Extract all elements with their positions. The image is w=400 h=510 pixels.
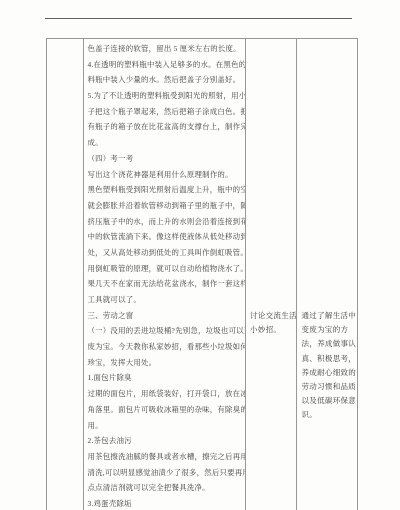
text-line: 变废为宝的方 [302, 323, 357, 337]
text-line: 果几天不在家而无法给花盆浇水，制作一套这样的 [88, 276, 245, 292]
text-line: 3.鸡蛋壳除垢 [88, 496, 245, 510]
text-line: 角落里。面包片可吸收冰箱里的杂味，有除臭的作 [88, 402, 245, 418]
text-line: 中的软管流淌下来。像这样使液体从低处移动到高 [88, 229, 245, 245]
text-line: 有瓶子的箱子放在比花盆高的支撑台上，制作完 [88, 119, 245, 135]
text-line: 真、积极思考， [302, 352, 357, 366]
teaching-process-column: 色盖子连接的软管，留出 5 厘米左右的长度。4.在透明的塑料瓶中装入足够多的水。… [84, 39, 246, 510]
text-line: 用倒虹吸管的原理，就可以自动给植物浇水了。如 [88, 261, 245, 277]
stage-column [47, 39, 84, 510]
text-line: 养成耐心细致的 [302, 366, 357, 380]
text-line: 清洗,可以明显感觉油渍少了很多，然后只要再用一 [88, 465, 245, 481]
document-page: 色盖子连接的软管，留出 5 厘米左右的长度。4.在透明的塑料瓶中装入足够多的水。… [0, 0, 400, 510]
text-line: 珍宝，发挥大用处。 [88, 355, 245, 371]
text-line: 挤压瓶子中的水，而上升的水则会沿着连接到花盆 [88, 214, 245, 230]
text-line: 点点清洁剂就可以完全把餐具洗净。 [88, 480, 245, 496]
text-line: 以及低碳环保意 [302, 394, 357, 408]
text-line: 识。 [302, 408, 357, 422]
text-line: （一）没用的丢进垃圾桶?先别急，垃圾也可以变 [88, 323, 245, 339]
text-line: 5.为了不让透明的塑料瓶受到阳光的照射，用小箱 [88, 88, 245, 104]
text-line: 劳动习惯和品质 [302, 380, 357, 394]
text-line: 4.在透明的塑料瓶中装入足够多的水。在黑色的塑 [88, 57, 245, 73]
text-line: 处，又从高处移动到低处的工具叫作倒虹吸管。利 [88, 245, 245, 261]
header-rule [45, 18, 352, 19]
text-line: 通过了解生活中 [302, 309, 357, 323]
text-line: 写出这个浇花神器是利用什么原理制作的。 [88, 167, 245, 183]
text-line: 用茶包擦洗油腻的餐具或者水槽，擦完之后再用水 [88, 449, 245, 465]
text-line: 用。 [88, 418, 245, 434]
text-line: （四）考一考 [88, 151, 245, 167]
text-line: 工具就可以了。 [88, 292, 245, 308]
text-line: 1.面包片除臭 [88, 370, 245, 386]
text-line: 法，养成做事认 [302, 337, 357, 351]
text-line: 过期的面包片，用纸袋装好，打开袋口，放在冰箱 [88, 386, 245, 402]
text-line: 成。 [88, 135, 245, 151]
text-line: 2.茶包去油污 [88, 433, 245, 449]
lesson-plan-table: 色盖子连接的软管，留出 5 厘米左右的长度。4.在透明的塑料瓶中装入足够多的水。… [46, 38, 358, 510]
text-line: 小妙招。 [250, 323, 295, 337]
text-line: 黑色塑料瓶受到阳光照射后温度上升，瓶中的空气 [88, 182, 245, 198]
text-line: 子把这个瓶子罩起来，然后把箱子涂成白色。把装 [88, 104, 245, 120]
text-line: 废为宝。今天教你私家妙招，看那些小垃圾如何变 [88, 339, 245, 355]
text-line: 三、劳动之窗 [88, 308, 245, 324]
text-line: 料瓶中装入少量的水。然后把盖子分别盖好。 [88, 72, 245, 88]
design-intent-column: 通过了解生活中变废为宝的方法，养成做事认真、积极思考，养成耐心细致的劳动习惯和品… [297, 39, 357, 510]
student-activity-column: 讨论交流生活小妙招。 [246, 39, 297, 510]
text-line: 色盖子连接的软管，留出 5 厘米左右的长度。 [88, 41, 245, 57]
text-line: 讨论交流生活 [250, 309, 295, 323]
text-line: 就会膨胀并沿着软管移动到箱子里的瓶子中，随之 [88, 198, 245, 214]
